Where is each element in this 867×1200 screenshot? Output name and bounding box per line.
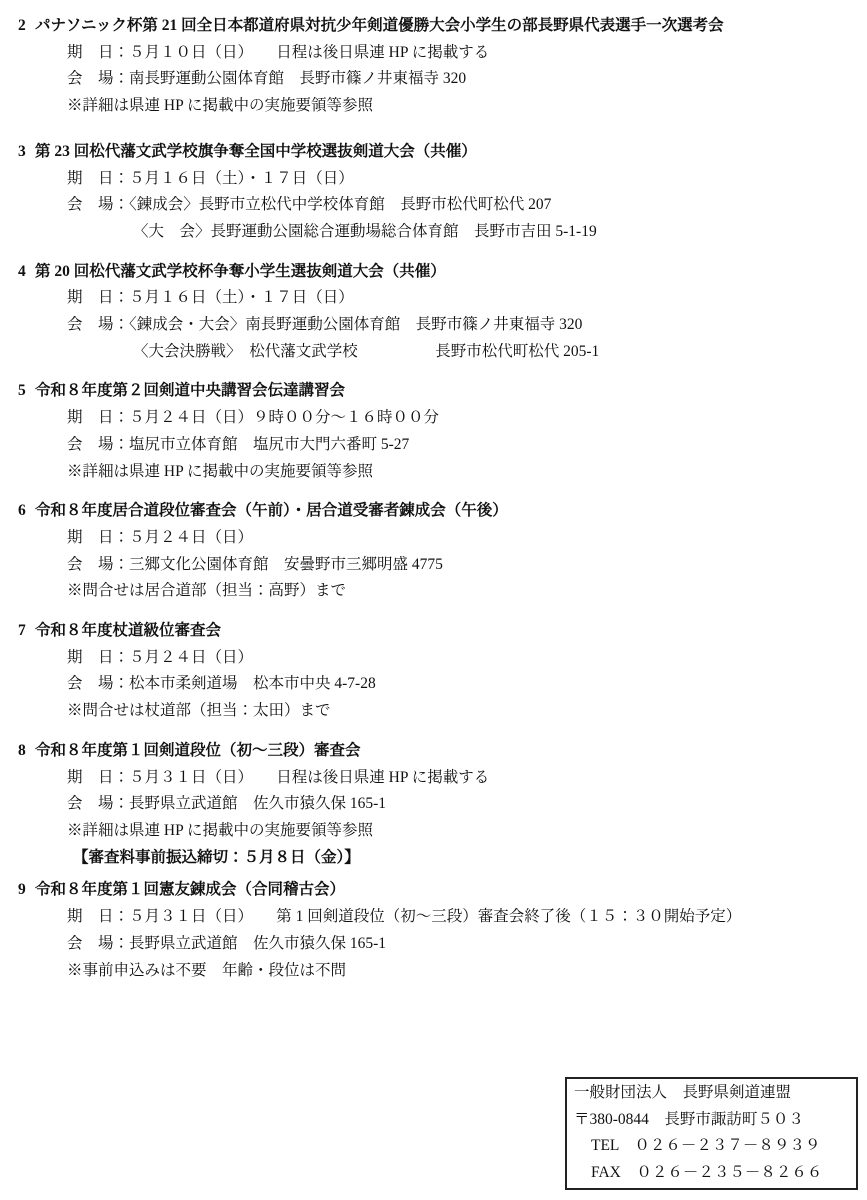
event-title-row: 8 令和８年度第１回剣道段位（初～三段）審査会 xyxy=(0,738,867,765)
event-item-8: 8 令和８年度第１回剣道段位（初～三段）審査会 期 日：５月３１日（日） 日程は… xyxy=(0,738,867,872)
event-schedule-list: 2 パナソニック杯第 21 回全日本都道府県対抗少年剣道優勝大会小学生の部長野県… xyxy=(0,0,867,984)
event-number: 6 xyxy=(18,498,26,525)
event-number: 3 xyxy=(18,139,26,166)
event-venue: 会 場：三郷文化公園体育館 安曇野市三郷明盛 4775 xyxy=(0,552,867,579)
event-note: ※問合せは杖道部（担当：太田）まで xyxy=(0,698,867,725)
organization-contact-box: 一般財団法人 長野県剣道連盟 〒380-0844 長野市諏訪町５０３ TEL ０… xyxy=(565,1077,858,1190)
event-title-row: 4 第 20 回松代藩文武学校杯争奪小学生選抜剣道大会（共催） xyxy=(0,259,867,286)
event-date: 期 日：５月３１日（日） 第 1 回剣道段位（初～三段）審査会終了後（１５：３０… xyxy=(0,904,867,931)
event-venue: 会 場：〈錬成会〉長野市立松代中学校体育館 長野市松代町松代 207 xyxy=(0,192,867,219)
event-venue: 会 場：長野県立武道館 佐久市猿久保 165-1 xyxy=(0,791,867,818)
event-title-row: 2 パナソニック杯第 21 回全日本都道府県対抗少年剣道優勝大会小学生の部長野県… xyxy=(0,13,867,40)
event-item-2: 2 パナソニック杯第 21 回全日本都道府県対抗少年剣道優勝大会小学生の部長野県… xyxy=(0,13,867,120)
event-title: 令和８年度第２回剣道中央講習会伝達講習会 xyxy=(35,382,345,399)
event-number: 5 xyxy=(18,378,26,405)
event-title: 令和８年度杖道級位審査会 xyxy=(35,622,221,639)
event-venue: 会 場：〈錬成会・大会〉南長野運動公園体育館 長野市篠ノ井東福寺 320 xyxy=(0,312,867,339)
document-page: 2 パナソニック杯第 21 回全日本都道府県対抗少年剣道優勝大会小学生の部長野県… xyxy=(0,0,867,1200)
event-date: 期 日：５月２４日（日） xyxy=(0,525,867,552)
event-date: 期 日：５月１６日（土）・１７日（日） xyxy=(0,285,867,312)
event-number: 4 xyxy=(18,259,26,286)
event-title: 第 20 回松代藩文武学校杯争奪小学生選抜剣道大会（共催） xyxy=(35,263,446,280)
event-venue-2: 〈大 会〉長野運動公園総合運動場総合体育館 長野市吉田 5-1-19 xyxy=(0,219,867,246)
event-title: パナソニック杯第 21 回全日本都道府県対抗少年剣道優勝大会小学生の部長野県代表… xyxy=(35,17,724,34)
event-date: 期 日：５月３１日（日） 日程は後日県連 HP に掲載する xyxy=(0,765,867,792)
event-item-4: 4 第 20 回松代藩文武学校杯争奪小学生選抜剣道大会（共催） 期 日：５月１６… xyxy=(0,259,867,366)
event-venue: 会 場：塩尻市立体育館 塩尻市大門六番町 5-27 xyxy=(0,432,867,459)
event-number: 9 xyxy=(18,877,26,904)
event-note: ※事前申込みは不要 年齢・段位は不問 xyxy=(0,958,867,985)
event-title: 令和８年度第１回剣道段位（初～三段）審査会 xyxy=(35,742,361,759)
event-item-5: 5 令和８年度第２回剣道中央講習会伝達講習会 期 日：５月２４日（日）９時００分… xyxy=(0,378,867,485)
organization-fax: FAX ０２６－２３５－８２６６ xyxy=(574,1160,850,1187)
event-number: 2 xyxy=(18,13,26,40)
organization-name: 一般財団法人 長野県剣道連盟 xyxy=(574,1080,850,1107)
event-number: 7 xyxy=(18,618,26,645)
event-number: 8 xyxy=(18,738,26,765)
event-date: 期 日：５月１６日（土）・１７日（日） xyxy=(0,166,867,193)
event-item-9: 9 令和８年度第１回憲友錬成会（合同稽古会） 期 日：５月３１日（日） 第 1 … xyxy=(0,877,867,984)
event-item-6: 6 令和８年度居合道段位審査会（午前）・居合道受審者錬成会（午後） 期 日：５月… xyxy=(0,498,867,605)
event-venue-2: 〈大会決勝戦〉 松代藩文武学校 長野市松代町松代 205-1 xyxy=(0,339,867,366)
event-title: 令和８年度居合道段位審査会（午前）・居合道受審者錬成会（午後） xyxy=(35,502,508,519)
event-date: 期 日：５月１０日（日） 日程は後日県連 HP に掲載する xyxy=(0,40,867,67)
event-venue: 会 場：南長野運動公園体育館 長野市篠ノ井東福寺 320 xyxy=(0,66,867,93)
event-title-row: 9 令和８年度第１回憲友錬成会（合同稽古会） xyxy=(0,877,867,904)
event-date: 期 日：５月２４日（日）９時００分～１６時００分 xyxy=(0,405,867,432)
event-venue: 会 場：松本市柔剣道場 松本市中央 4-7-28 xyxy=(0,671,867,698)
event-note: ※詳細は県連 HP に掲載中の実施要領等参照 xyxy=(0,459,867,486)
event-title-row: 6 令和８年度居合道段位審査会（午前）・居合道受審者錬成会（午後） xyxy=(0,498,867,525)
event-item-7: 7 令和８年度杖道級位審査会 期 日：５月２４日（日） 会 場：松本市柔剣道場 … xyxy=(0,618,867,725)
event-venue: 会 場：長野県立武道館 佐久市猿久保 165-1 xyxy=(0,931,867,958)
event-date: 期 日：５月２４日（日） xyxy=(0,645,867,672)
event-title-row: 7 令和８年度杖道級位審査会 xyxy=(0,618,867,645)
event-note: ※詳細は県連 HP に掲載中の実施要領等参照 xyxy=(0,93,867,120)
organization-address: 〒380-0844 長野市諏訪町５０３ xyxy=(574,1107,850,1134)
event-title: 第 23 回松代藩文武学校旗争奪全国中学校選抜剣道大会（共催） xyxy=(35,143,477,160)
event-title-row: 3 第 23 回松代藩文武学校旗争奪全国中学校選抜剣道大会（共催） xyxy=(0,139,867,166)
event-item-3: 3 第 23 回松代藩文武学校旗争奪全国中学校選抜剣道大会（共催） 期 日：５月… xyxy=(0,139,867,246)
event-title-row: 5 令和８年度第２回剣道中央講習会伝達講習会 xyxy=(0,378,867,405)
event-note: ※詳細は県連 HP に掲載中の実施要領等参照 xyxy=(0,818,867,845)
event-note: ※問合せは居合道部（担当：高野）まで xyxy=(0,578,867,605)
event-payment-deadline: 【審査料事前振込締切：５月８日（金）】 xyxy=(0,845,867,872)
event-title: 令和８年度第１回憲友錬成会（合同稽古会） xyxy=(35,881,345,898)
organization-tel: TEL ０２６－２３７－８９３９ xyxy=(574,1133,850,1160)
